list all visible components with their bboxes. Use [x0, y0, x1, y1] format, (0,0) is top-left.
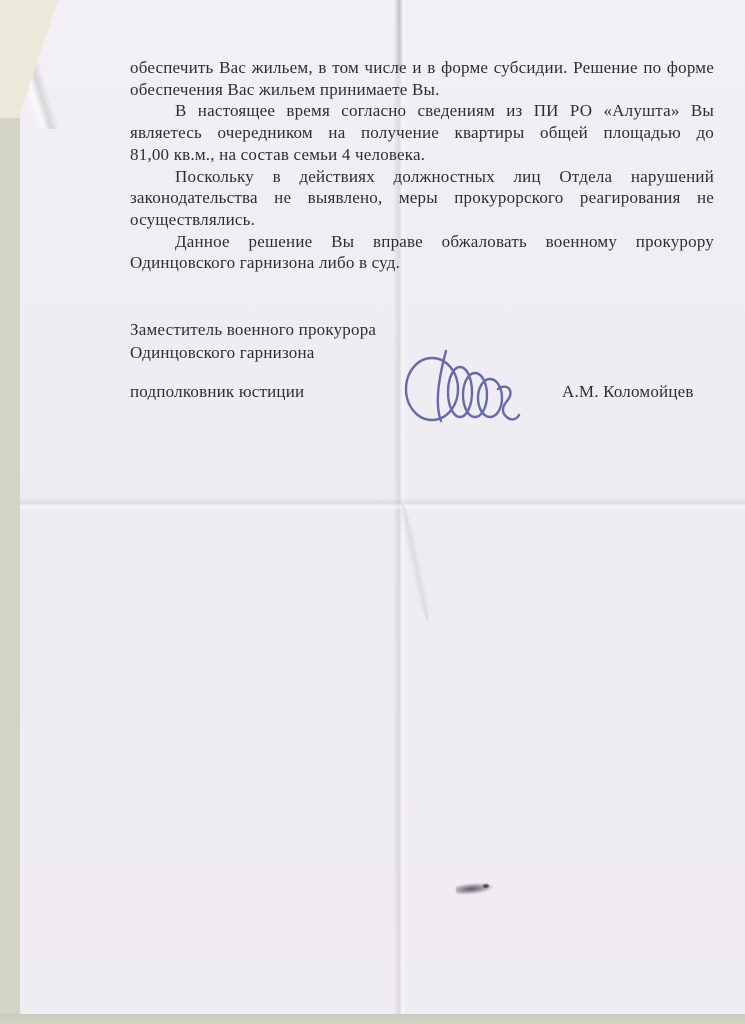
ink-smudge: [456, 881, 495, 895]
text-line: законодательства не выявлено, меры проку…: [130, 187, 714, 209]
handwritten-signature-icon: [402, 347, 532, 425]
text-line: В настоящее время согласно сведениям из …: [130, 100, 714, 122]
scanner-bed-bottom-edge: [0, 1014, 745, 1024]
document-page: обеспечить Вас жильем, в том числе и в ф…: [0, 0, 745, 1014]
text-line: Данное решение Вы вправе обжаловать воен…: [130, 231, 714, 253]
text-line: Одинцовского гарнизона либо в суд.: [130, 252, 714, 274]
text-line: 81,00 кв.м., на состав семьи 4 человека.: [130, 144, 714, 166]
signer-name: А.М. Коломойцев: [562, 382, 694, 402]
signer-title-line-1: Заместитель военного прокурора: [130, 320, 376, 340]
body-text-block: обеспечить Вас жильем, в том числе и в ф…: [130, 57, 714, 274]
text-line: являетесь очередником на получение кварт…: [130, 122, 714, 144]
text-line: обеспечить Вас жильем, в том числе и в ф…: [130, 57, 714, 79]
text-line: осуществлялись.: [130, 209, 714, 231]
horizontal-fold-crease: [0, 498, 745, 510]
signer-rank-line: подполковник юстиции: [130, 382, 304, 402]
text-line: обеспечения Вас жильем принимаете Вы.: [130, 79, 714, 101]
signer-title-line-2: Одинцовского гарнизона: [130, 343, 315, 363]
ink-smudge-dot: [483, 884, 489, 888]
text-line: Поскольку в действиях должностных лиц От…: [130, 166, 714, 188]
